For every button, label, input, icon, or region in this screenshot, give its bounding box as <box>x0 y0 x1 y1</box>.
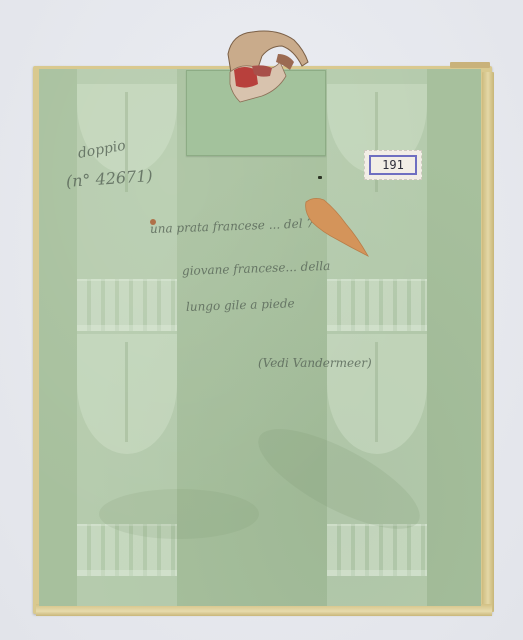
watermark-tower-icon <box>327 524 427 576</box>
paper-tear <box>302 196 372 258</box>
watermark-tower-icon <box>327 279 427 331</box>
label-number: 191 <box>369 155 417 175</box>
fabric-hanging-loop-icon <box>222 24 318 104</box>
stain-spot <box>150 219 156 225</box>
stain-spot <box>318 176 322 179</box>
board-edge-right <box>482 72 494 612</box>
board-top-strip <box>450 62 490 68</box>
annotation-main-line4: (Vedi Vandermeer) <box>258 356 372 370</box>
watermark-tower-icon <box>77 279 177 331</box>
inventory-label: 191 <box>364 150 422 180</box>
stain <box>99 489 259 539</box>
